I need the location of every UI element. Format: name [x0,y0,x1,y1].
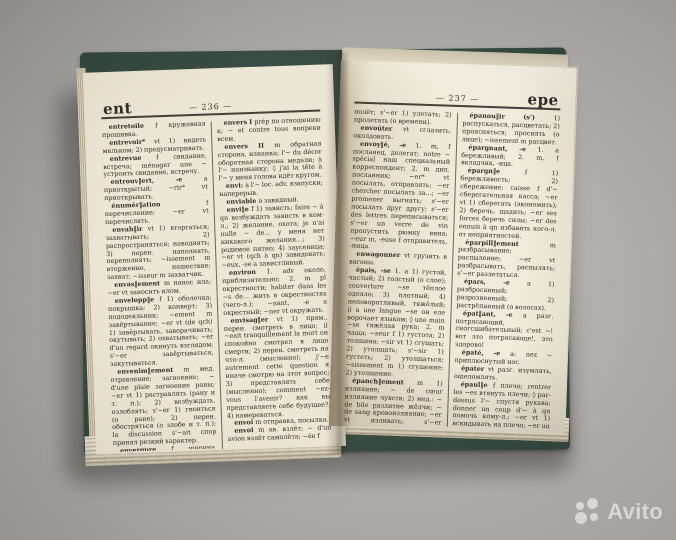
headword: épargn‖e [468,167,525,177]
headword: épaul‖e [461,380,494,389]
headword: envergure [120,445,172,452]
text-column: полёт; s'~er 1) улетать; 2) пролетать (о… [344,109,452,426]
dictionary-entry: envi‖e f 1) зависть; faire ~ à qn возбуж… [220,203,326,270]
page-left-columns: entretoile f кружевная прошивка.entrevoi… [102,117,332,453]
page-number-237: — 237 — [436,93,480,103]
page-number-236: — 236 — [189,102,233,113]
dictionary-entry: envah‖ir vt 1) вторгаться; захватывать; … [105,223,211,282]
scene-background: ent — 236 — entretoile f кружевная проши… [0,0,676,540]
page-right-columns: полёт; s'~er 1) улетать; 2) пролетать (о… [344,109,560,431]
dictionary-entry: envelopp‖e f 1) оболочка; покрышка; 2) к… [108,294,214,369]
headword: entretoile [109,121,156,131]
text-column: épanou‖ir (s') 1) распускаться, расцвета… [452,112,560,429]
headword: envers II [224,141,274,151]
headword: envoy‖é, -e [360,139,416,149]
watermark-label: Avito [607,499,663,525]
headword: envers I [224,118,255,127]
headword: enwagonner [356,250,404,260]
dictionary-entry: envoy‖é, -e 1. m, f посланец, делегат; n… [350,140,451,254]
headword: entrevue [110,153,157,163]
avito-logo-icon [575,498,602,525]
dictionary-entry: épanou‖ir (s') 1) распускаться, расцвета… [462,112,561,147]
headword: envi: [226,181,246,190]
headword: entrevoir* [109,137,154,147]
headword: envol [234,426,258,435]
headword: épais, -se [356,266,395,275]
page-right-content: — 237 — epe полёт; s'~er 1) улетать; 2) … [329,60,577,434]
dictionary-entry: envers II m обратная сторона, изнанка; l… [217,140,322,183]
page-left-236: ent — 236 — entretoile f кружевная проши… [83,64,346,454]
headword: épanou‖ir (s') [469,112,553,122]
dictionary-entry: épars, -e a 1) разбросанный; разрозненны… [456,278,555,313]
headword: environ [229,268,267,277]
headword: envi‖e [227,205,252,214]
headword: envenim‖ement [117,366,183,376]
page-left-content: ent — 236 — entretoile f кружевная проши… [83,64,346,454]
logo-circle [575,512,587,524]
page-right-header: — 237 — epe [354,81,561,111]
guide-word-epe: epe [527,90,559,109]
headword: épat‖ant, -e [463,309,523,319]
headword: épater [461,364,488,373]
dictionary-entry: épais, -se 1. a 1) густой, частый; 2) то… [345,267,446,381]
photo-scene: { "scene": { "background_color": "#a6a4a… [0,0,676,540]
logo-circle [590,513,598,521]
headword: épars, -e [464,277,527,287]
text-column: entretoile f кружевная прошивка.entrevoi… [102,121,217,452]
dictionary-entry: envisag‖er vt 1) прям., перен. смотреть … [223,314,331,420]
text-column: envers I prép по отношению к; ~ et contr… [217,117,332,448]
headword: envisag‖er [230,315,276,325]
headword: envas‖ement [114,279,164,289]
page-left-header: ent — 236 — [101,89,321,120]
dictionary-entry: envol m ав. взлёт; ~ d'un avion взлёт са… [227,425,331,444]
avito-watermark: Avito [575,498,663,525]
open-book: ent — 236 — entretoile f кружевная проши… [80,48,572,480]
dictionary-entry: épat‖ant, -e a разг. потрясающий, сногсш… [455,310,554,353]
guide-word-ent: ent [103,99,133,118]
dictionary-entry: envenim‖ement m мед. отравление; загноен… [110,366,217,449]
logo-circle [576,502,584,510]
dictionary-entry: envergure f ширина, размах; масштаб; ~ d… [113,445,217,452]
headword: envoûter [360,124,403,133]
headword: épanch‖ement [352,376,417,386]
logo-circle [587,498,598,509]
page-right-237: — 237 — epe полёт; s'~er 1) улетать; 2) … [329,60,577,434]
headword: envah‖ir [112,224,148,233]
dictionary-entry: éparpill‖ement m разбрасывание; распылен… [457,239,556,282]
dictionary-entry: environ 1. adv около, приблизительно; 2.… [222,267,328,318]
headword: envelopp‖e [115,295,160,305]
headword: épaté, -e [462,348,511,358]
dictionary-entry: épaul‖e f плечо; rentrer les ~es втянуть… [452,381,551,429]
dictionary-entry: épanch‖ement m 1) излияние; ~ de cœur из… [344,377,443,425]
dictionary-entry: épargn‖e f 1) бережливость; 2) сбережени… [458,167,558,241]
book-gutter-shadow [326,52,350,454]
headword: épargnant, -e [468,143,537,153]
headword: éparpill‖ement [465,238,550,249]
